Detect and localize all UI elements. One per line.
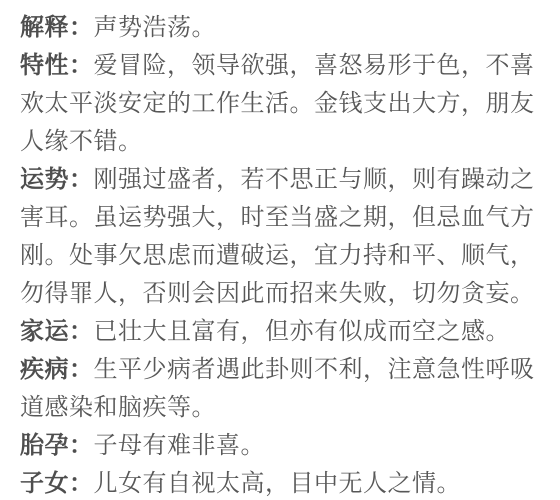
section-illness: 疾病：生平少病者遇此卦则不利，注意急性呼吸道感染和脑疾等。	[20, 351, 538, 427]
section-family-fortune-text: 已壮大且富有，但亦有似成而空之感。	[94, 318, 511, 345]
interpretation-document: 解释：声势浩荡。 特性：爱冒险，领导欲强，喜怒易形于色，不喜欢太平淡安定的工作生…	[0, 0, 560, 500]
section-fortune-text: 刚强过盛者，若不思正与顺，则有躁动之害耳。虽运势强大，时至当盛之期，但忌血气方刚…	[20, 166, 535, 307]
section-children-label: 子女：	[20, 470, 94, 497]
section-illness-label: 疾病：	[20, 356, 94, 383]
section-family-fortune: 家运：已壮大且富有，但亦有似成而空之感。	[20, 313, 538, 351]
section-family-fortune-label: 家运：	[20, 318, 94, 345]
section-pregnancy: 胎孕：子母有难非喜。	[20, 427, 538, 465]
section-illness-text: 生平少病者遇此卦则不利，注意急性呼吸道感染和脑疾等。	[20, 356, 535, 421]
section-children: 子女：儿女有自视太高，目中无人之情。	[20, 465, 538, 500]
section-fortune-label: 运势：	[20, 166, 94, 193]
section-pregnancy-label: 胎孕：	[20, 432, 94, 459]
section-explanation-label: 解释：	[20, 14, 94, 41]
section-traits-label: 特性：	[20, 52, 94, 79]
section-pregnancy-text: 子母有难非喜。	[94, 432, 266, 459]
section-explanation: 解释：声势浩荡。	[20, 9, 538, 47]
section-traits-text: 爱冒险，领导欲强，喜怒易形于色，不喜欢太平淡安定的工作生活。金钱支出大方，朋友人…	[20, 52, 535, 155]
section-fortune: 运势：刚强过盛者，若不思正与顺，则有躁动之害耳。虽运势强大，时至当盛之期，但忌血…	[20, 161, 538, 313]
section-traits: 特性：爱冒险，领导欲强，喜怒易形于色，不喜欢太平淡安定的工作生活。金钱支出大方，…	[20, 47, 538, 161]
section-explanation-text: 声势浩荡。	[94, 14, 217, 41]
section-children-text: 儿女有自视太高，目中无人之情。	[94, 470, 462, 497]
